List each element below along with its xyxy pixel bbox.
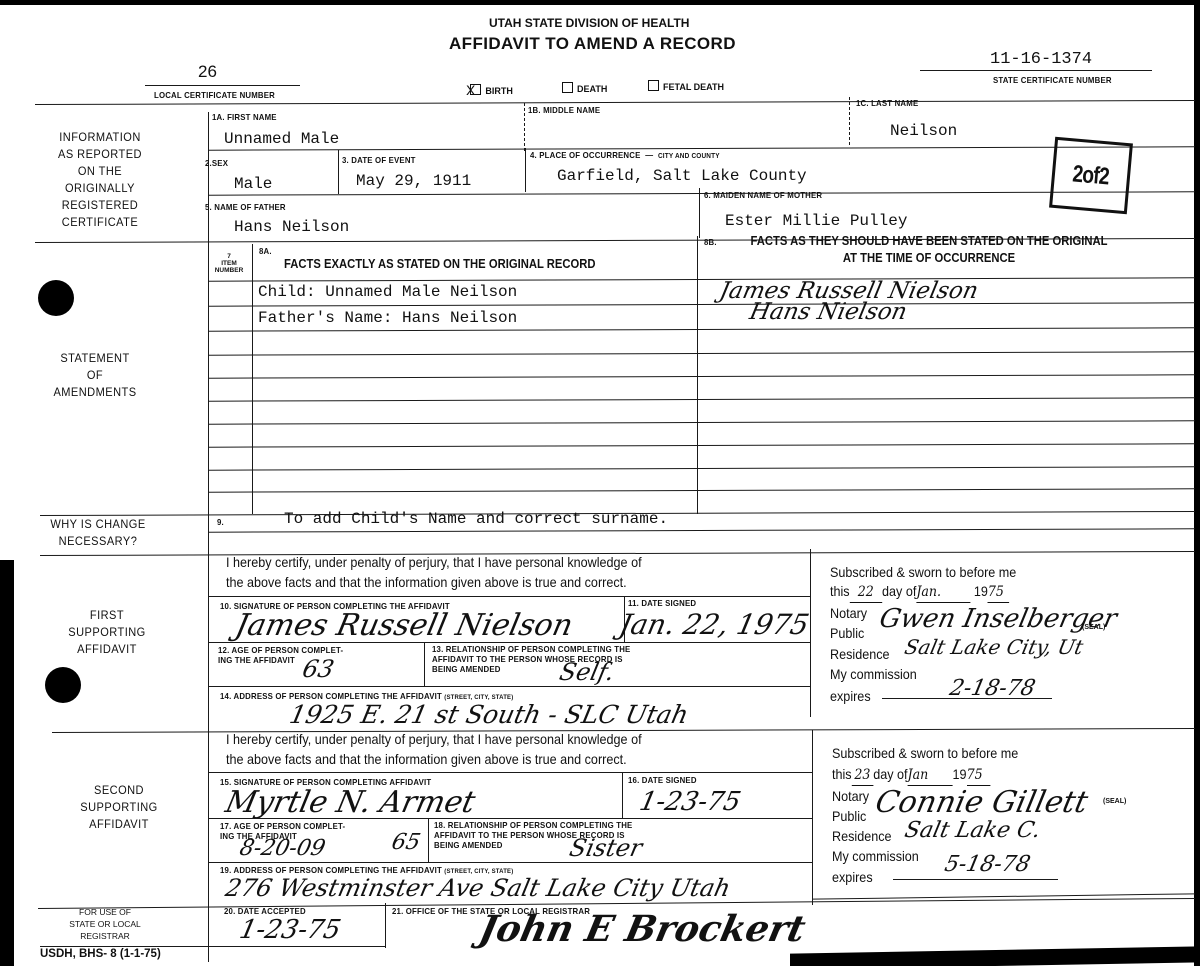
residence-label: Residence xyxy=(830,644,890,664)
expires-label: expires xyxy=(830,686,871,706)
age-value: 65 xyxy=(389,830,422,855)
place-label: 4. PLACE OF OCCURRENCE — CITY AND COUNTY xyxy=(530,150,720,160)
notary-subscribed: Subscribed & sworn to before me xyxy=(830,562,1016,582)
expires-value: 2-18-78 xyxy=(947,676,1037,701)
form-id: USDH, BHS- 8 (1-1-75) xyxy=(40,948,161,960)
sex-label: 2.SEX xyxy=(205,158,228,168)
last-name-value: Neilson xyxy=(890,122,957,140)
middle-name-label: 1B. MIDDLE NAME xyxy=(528,105,600,115)
residence-label: Residence xyxy=(832,826,892,846)
scan-left-border xyxy=(0,560,14,966)
grid-line xyxy=(208,277,1195,281)
signature: Myrtle N. Armet xyxy=(222,785,478,820)
divider xyxy=(208,772,812,773)
date-of-event-label: 3. DATE OF EVENT xyxy=(342,155,416,165)
divider xyxy=(697,236,698,514)
residence-value: Salt Lake C. xyxy=(902,818,1042,843)
amendment-row-original: Child: Unnamed Male Neilson xyxy=(258,283,517,301)
divider xyxy=(920,70,1152,71)
commission-label: My commission xyxy=(830,664,917,684)
why-number: 9. xyxy=(217,517,224,527)
divider xyxy=(208,191,1195,195)
divider xyxy=(208,528,1195,532)
punch-hole xyxy=(38,280,74,316)
grid-line xyxy=(208,302,1195,306)
divider xyxy=(338,150,339,194)
public-label: Public xyxy=(832,806,866,826)
signature: James Russell Nielson xyxy=(232,608,576,643)
divider xyxy=(428,818,429,862)
divider xyxy=(208,818,812,819)
expires-value: 5-18-78 xyxy=(942,852,1032,877)
notary-date-line: this23day ofJan1975 xyxy=(832,764,990,786)
relationship-value: Sister xyxy=(567,834,645,862)
record-type-fetal-death[interactable]: FETAL DEATH xyxy=(648,80,724,92)
registrar-signature: John E Brockert xyxy=(476,908,810,950)
grid-line xyxy=(208,466,1195,470)
why-value: To add Child's Name and correct surname. xyxy=(284,510,668,528)
punch-hole xyxy=(45,667,81,703)
notary-name: Connie Gillett xyxy=(872,785,1091,820)
relationship-value: Self. xyxy=(557,658,617,686)
section-amendments: STATEMENT OF AMENDMENTS xyxy=(17,350,173,401)
divider xyxy=(849,97,850,145)
notary-label: Notary xyxy=(830,603,867,623)
certification-text: I hereby certify, under penalty of perju… xyxy=(226,552,642,592)
item-number-label: 7 ITEM NUMBER xyxy=(211,253,247,274)
divider xyxy=(208,596,811,597)
commission-label: My commission xyxy=(832,846,919,866)
divider xyxy=(893,879,1058,880)
section-why: WHY IS CHANGE NECESSARY? xyxy=(20,516,176,550)
date-signed: 1-23-75 xyxy=(637,787,744,817)
seal-label: (SEAL) xyxy=(1082,624,1105,631)
birth-date-value: 8-20-09 xyxy=(237,836,327,861)
mother-maiden-label: 6. MAIDEN NAME OF MOTHER xyxy=(704,190,822,200)
section-first-affidavit: FIRST SUPPORTING AFFIDAVIT xyxy=(29,607,185,658)
first-name-value: Unnamed Male xyxy=(224,130,339,148)
record-type-birth[interactable]: XBIRTH xyxy=(466,82,513,98)
state-certificate-label: STATE CERTIFICATE NUMBER xyxy=(993,75,1112,85)
divider xyxy=(524,103,525,151)
seal-label: (SEAL) xyxy=(1103,798,1126,805)
date-signed: Jan. 22, 1975 xyxy=(616,608,811,641)
address-value: 276 Westminster Ave Salt Lake City Utah xyxy=(223,874,733,902)
age-value: 63 xyxy=(300,655,336,683)
record-type-death[interactable]: DEATH xyxy=(562,82,607,94)
section-registrar: FOR USE OF STATE OR LOCAL REGISTRAR xyxy=(40,906,170,942)
col-b-number: 8B. xyxy=(704,237,717,247)
date-signed-label: 16. DATE SIGNED xyxy=(628,775,697,785)
divider xyxy=(812,730,813,905)
notary-date-line: this22day ofJan. 1975 xyxy=(830,581,1009,603)
expires-label: expires xyxy=(832,867,873,887)
divider xyxy=(252,244,253,514)
amendment-row-original: Father's Name: Hans Neilson xyxy=(258,309,517,327)
public-label: Public xyxy=(830,623,864,643)
section-original-info: INFORMATION AS REPORTED ON THE ORIGINALL… xyxy=(22,129,178,231)
col-a-header: FACTS EXACTLY AS STATED ON THE ORIGINAL … xyxy=(284,257,595,271)
father-label: 5. NAME OF FATHER xyxy=(205,202,286,212)
address-value: 1925 E. 21 st South - SLC Utah xyxy=(287,700,691,729)
scan-top-border xyxy=(0,0,1200,5)
first-name-label: 1A. FIRST NAME xyxy=(212,112,277,122)
father-value: Hans Neilson xyxy=(234,218,349,236)
grid-line xyxy=(208,488,1195,492)
checkbox-icon xyxy=(562,82,573,93)
local-certificate-label: LOCAL CERTIFICATE NUMBER xyxy=(154,90,275,100)
divider xyxy=(699,188,700,238)
place-value: Garfield, Salt Lake County xyxy=(557,167,807,185)
scan-right-border xyxy=(1194,0,1200,966)
state-certificate-number: 11-16-1374 xyxy=(990,50,1092,69)
divider xyxy=(385,903,386,948)
form-title: AFFIDAVIT TO AMEND A RECORD xyxy=(449,34,736,54)
divider xyxy=(424,642,425,686)
notary-subscribed: Subscribed & sworn to before me xyxy=(832,743,1018,763)
divider xyxy=(810,549,811,717)
col-b-header: FACTS AS THEY SHOULD HAVE BEEN STATED ON… xyxy=(740,233,1118,267)
grid-line xyxy=(208,327,1195,331)
grid-line xyxy=(208,397,1195,401)
date-signed-label: 11. DATE SIGNED xyxy=(628,598,696,608)
date-of-event-value: May 29, 1911 xyxy=(356,172,471,190)
grid-line xyxy=(208,420,1195,424)
certification-text: I hereby certify, under penalty of perju… xyxy=(226,729,642,769)
divider xyxy=(208,862,812,863)
sex-value: Male xyxy=(234,175,272,193)
divider xyxy=(208,642,811,643)
divider xyxy=(40,946,385,947)
grid-line xyxy=(208,374,1195,378)
grid-line xyxy=(208,351,1195,355)
checkbox-icon xyxy=(470,84,481,95)
scan-bottom-border xyxy=(790,946,1200,966)
mother-maiden-value: Ester Millie Pulley xyxy=(725,212,907,230)
section-second-affidavit: SECOND SUPPORTING AFFIDAVIT xyxy=(41,782,197,833)
last-name-label: 1C. LAST NAME xyxy=(856,98,918,108)
date-accepted-value: 1-23-75 xyxy=(237,915,344,945)
divider xyxy=(208,112,209,962)
agency-name: UTAH STATE DIVISION OF HEALTH xyxy=(489,16,689,30)
checkbox-icon xyxy=(648,80,659,91)
notary-label: Notary xyxy=(832,786,869,806)
col-a-number: 8A. xyxy=(259,246,272,256)
page-stamp: 2of2 xyxy=(1049,137,1133,215)
local-certificate-number: 26 xyxy=(198,62,217,82)
divider xyxy=(622,772,623,818)
grid-line xyxy=(208,443,1195,447)
residence-value: Salt Lake City, Ut xyxy=(902,635,1085,659)
amendment-row-corrected: Hans Nielson xyxy=(747,299,909,325)
divider xyxy=(208,686,811,687)
divider xyxy=(145,85,300,86)
divider xyxy=(35,100,1195,105)
divider xyxy=(525,148,526,192)
